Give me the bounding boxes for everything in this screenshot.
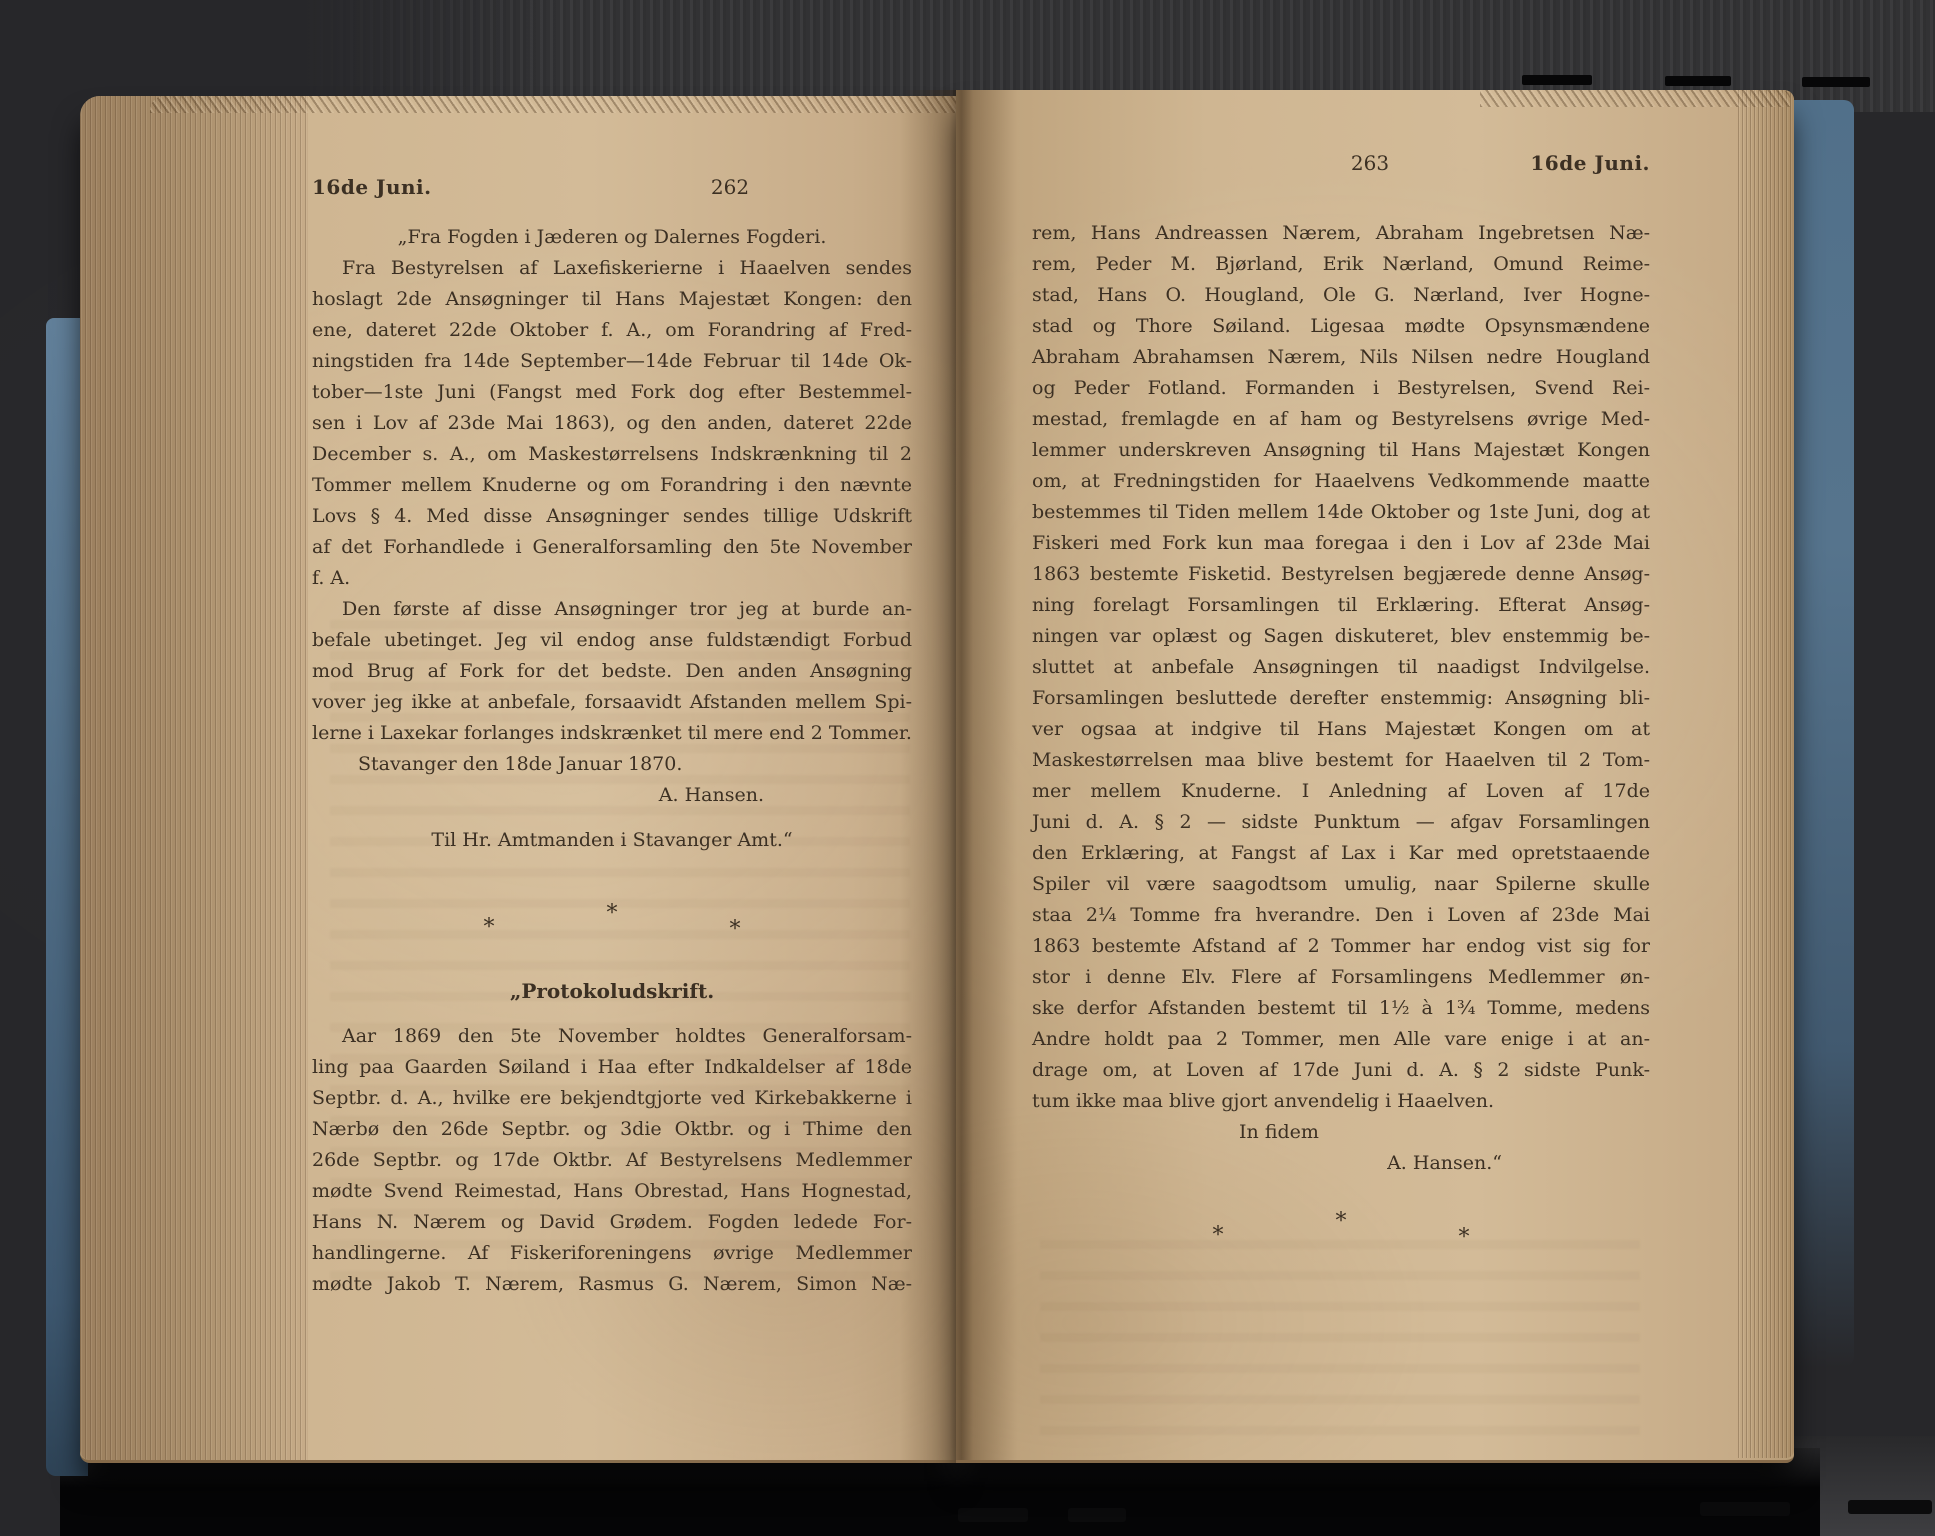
scanner-slot [1522, 75, 1592, 85]
scanner-slot [1802, 77, 1870, 87]
asterisk: * [1336, 1209, 1347, 1234]
asterisk: * [1213, 1223, 1224, 1248]
text-line: Fiskeri med Fork kun maa foregaa i den i… [1032, 528, 1650, 559]
text-line: mestad, fremlagde en af ham og Bestyrels… [1032, 404, 1650, 435]
text-line: December s. A., om Maskestørrelsens Inds… [312, 439, 912, 470]
asterisk: * [607, 901, 618, 926]
right-page-top-edges [1480, 90, 1790, 107]
text-line: Juni d. A. § 2 — sidste Punktum — afgav … [1032, 807, 1650, 838]
text-line: mødte Jakob T. Nærem, Rasmus G. Nærem, S… [312, 1269, 912, 1300]
section-heading: „Protokoludskrift. [312, 976, 912, 1007]
text-line: drage om, at Loven af 17de Juni d. A. § … [1032, 1055, 1650, 1086]
asterisk: * [730, 917, 741, 942]
text-line: Den første af disse Ansøgninger tror jeg… [312, 594, 912, 625]
text-line: Andre holdt paa 2 Tommer, men Alle vare … [1032, 1024, 1650, 1055]
text-line: 26de Septbr. og 17de Oktbr. Af Bestyrels… [312, 1145, 912, 1176]
text-line: 1863 bestemte Fisketid. Bestyrelsen begj… [1032, 559, 1650, 590]
text-line: stad og Thore Søiland. Ligesaa mødte Ops… [1032, 311, 1650, 342]
text-line: og Peder Fotland. Formanden i Bestyrelse… [1032, 373, 1650, 404]
right-cover-edge [1792, 100, 1854, 1368]
text-line: den Erklæring, at Fangst af Lax i Kar me… [1032, 838, 1650, 869]
scanner-vent-slot [1848, 1500, 1932, 1514]
text-line: ling paa Gaarden Søiland i Haa efter Ind… [312, 1052, 912, 1083]
gutter-shadow [900, 90, 1018, 1460]
signature-line: A. Hansen. [312, 780, 912, 811]
text-line: ene, dateret 22de Oktober f. A., om Fora… [312, 315, 912, 346]
text-line: mødte Svend Reimestad, Hans Obrestad, Ha… [312, 1176, 912, 1207]
text-line: rem, Hans Andreassen Nærem, Abraham Inge… [1032, 218, 1650, 249]
text-line-centered: „Fra Fogden i Jæderen og Dalernes Fogder… [312, 222, 912, 253]
signature-line: A. Hansen.“ [1032, 1148, 1650, 1179]
text-line: om, at Fredningstiden for Haaelvens Vedk… [1032, 466, 1650, 497]
text-line: Abraham Abrahamsen Nærem, Nils Nilsen ne… [1032, 342, 1650, 373]
text-line: Aar 1869 den 5te November holdtes Genera… [312, 1021, 912, 1052]
text-line: Forsamlingen besluttede derefter enstemm… [1032, 683, 1650, 714]
page-number: 262 [711, 172, 749, 203]
scanner-vent-slot [1068, 1508, 1126, 1522]
text-line: Maskestørrelsen maa blive bestemt for Ha… [1032, 745, 1650, 776]
running-title: 16de Juni. [1530, 148, 1650, 179]
text-line: ver ogsaa at indgive til Hans Majestæt K… [1032, 714, 1650, 745]
scanner-slot [1665, 76, 1731, 86]
left-page-header: 16de Juni. 262 [312, 172, 912, 203]
left-page-text: 16de Juni. 262 „Fra Fogden i Jæderen og … [312, 172, 912, 1300]
text-line: 1863 bestemte Afstand af 2 Tommer har en… [1032, 931, 1650, 962]
text-line: af det Forhandlede i Generalforsamling d… [312, 532, 912, 563]
page-number: 263 [1351, 148, 1389, 179]
text-line: tum ikke maa blive gjort anvendelig i Ha… [1032, 1086, 1650, 1117]
text-line: mod Brug af Fork for det bedste. Den and… [312, 656, 912, 687]
scanner-vent-slot [1700, 1502, 1790, 1516]
section-separator: *** [1032, 1209, 1650, 1249]
text-line: Spiler vil være saagodtsom umulig, naar … [1032, 869, 1650, 900]
text-line: Fra Bestyrelsen af Laxefiskerierne i Haa… [312, 253, 912, 284]
text-line: bestemmes til Tiden mellem 14de Oktober … [1032, 497, 1650, 528]
scanner-vent-slot [958, 1508, 1028, 1522]
text-line: stad, Hans O. Hougland, Ole G. Nærland, … [1032, 280, 1650, 311]
text-line: sluttet at anbefale Ansøgningen til naad… [1032, 652, 1650, 683]
text-line: ske derfor Afstanden bestemt til 1½ à 1¾… [1032, 993, 1650, 1024]
running-title: 16de Juni. [312, 172, 432, 203]
text-line: Tommer mellem Knuderne og om Forandring … [312, 470, 912, 501]
dateline: Stavanger den 18de Januar 1870. [312, 749, 912, 780]
text-line: handlingerne. Af Fiskeriforeningens øvri… [312, 1238, 912, 1269]
text-line: ningstiden fra 14de September—14de Febru… [312, 346, 912, 377]
text-line: lemmer underskreven Ansøgning til Hans M… [1032, 435, 1650, 466]
asterisk: * [484, 915, 495, 940]
text-line: Lovs § 4. Med disse Ansøgninger sendes t… [312, 501, 912, 532]
text-line: f. A. [312, 563, 912, 594]
right-page-body: rem, Hans Andreassen Nærem, Abraham Inge… [1032, 218, 1650, 1249]
attestation-line: In fidem [970, 1117, 1588, 1148]
asterisk: * [1459, 1225, 1470, 1250]
left-page-body: „Fra Fogden i Jæderen og Dalernes Fogder… [312, 222, 912, 1300]
text-line: Hans N. Nærem og David Grødem. Fogden le… [312, 1207, 912, 1238]
text-line: stor i denne Elv. Flere af Forsamlingens… [1032, 962, 1650, 993]
book-scan: 16de Juni. 262 „Fra Fogden i Jæderen og … [0, 0, 1935, 1536]
text-line: hoslagt 2de Ansøgninger til Hans Majestæ… [312, 284, 912, 315]
text-line-centered: Til Hr. Amtmanden i Stavanger Amt.“ [312, 825, 912, 856]
text-line: vover jeg ikke at anbefale, forsaavidt A… [312, 687, 912, 718]
text-line: befale ubetinget. Jeg vil endog anse ful… [312, 625, 912, 656]
text-line: tober—1ste Juni (Fangst med Fork dog eft… [312, 377, 912, 408]
text-line: sen i Lov af 23de Mai 1863), og den ande… [312, 408, 912, 439]
right-page-header: 263 16de Juni. [1032, 148, 1650, 179]
text-line: Nærbø den 26de Septbr. og 3die Oktbr. og… [312, 1114, 912, 1145]
left-page-edges [80, 96, 308, 1460]
text-line: rem, Peder M. Bjørland, Erik Nærland, Om… [1032, 249, 1650, 280]
section-separator: *** [312, 901, 912, 941]
text-line: lerne i Laxekar forlanges indskrænket ti… [312, 718, 912, 749]
text-line: mer mellem Knuderne. I Anledning af Love… [1032, 776, 1650, 807]
text-line: Septbr. d. A., hvilke ere bekjendtgjorte… [312, 1083, 912, 1114]
text-line: staa 2¼ Tomme fra hverandre. Den i Loven… [1032, 900, 1650, 931]
right-page-edges [1738, 90, 1794, 1458]
text-line: ning forelagt Forsamlingen til Erklæring… [1032, 590, 1650, 621]
text-line: ningen var oplæst og Sagen diskuteret, b… [1032, 621, 1650, 652]
right-page-text: 263 16de Juni. rem, Hans Andreassen Nære… [1032, 148, 1650, 1249]
left-page-top-edges [150, 96, 956, 113]
